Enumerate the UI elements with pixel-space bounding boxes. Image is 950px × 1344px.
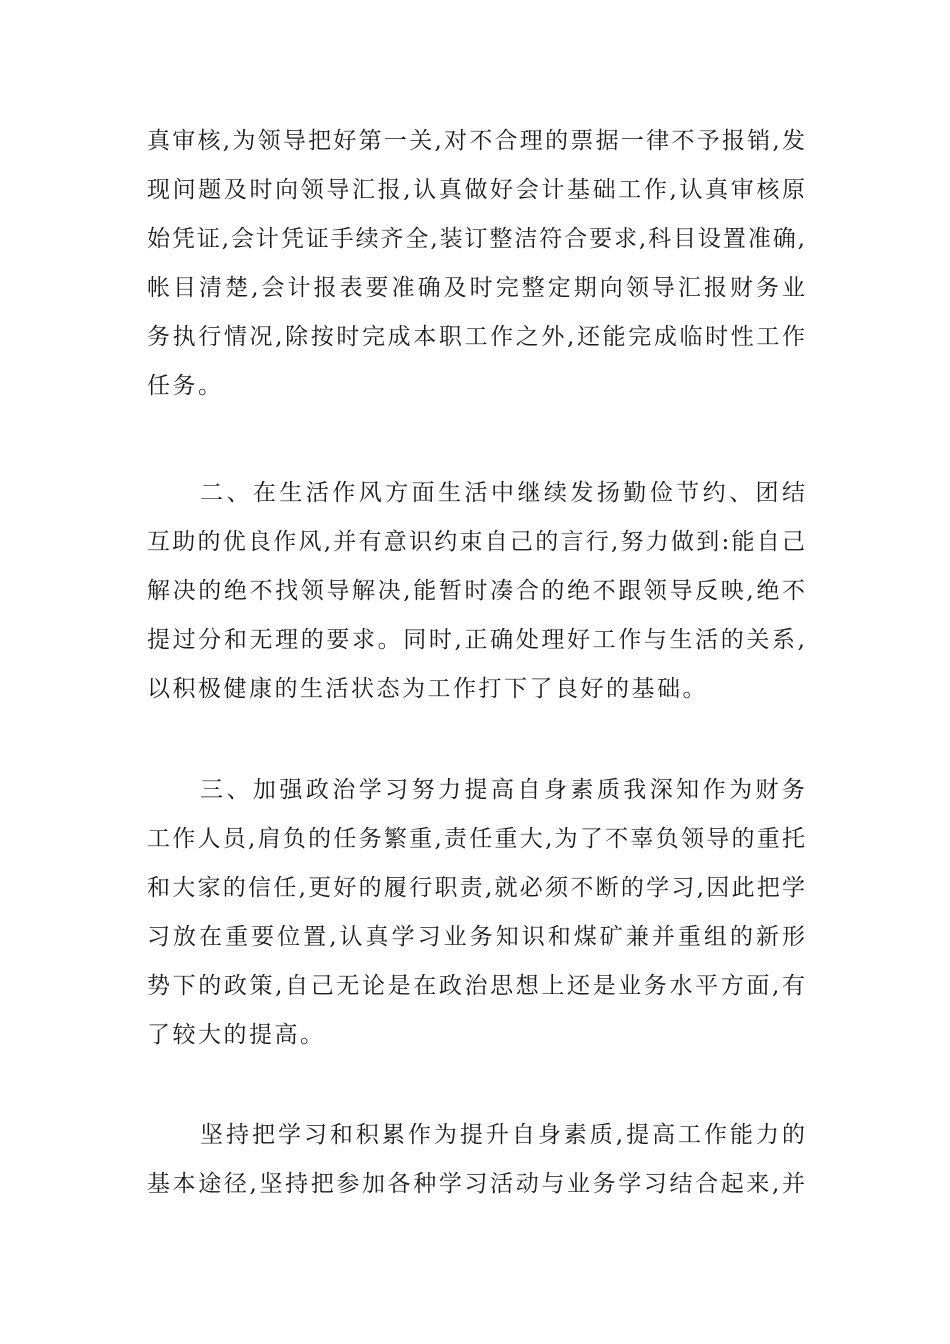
document-page: 真审核,为领导把好第一关,对不合理的票据一律不予报销,发 现问题及时向领导汇报,… (0, 0, 950, 1344)
text-line: 工作人员,肩负的任务繁重,责任重大,为了不辜负领导的重托 (147, 824, 805, 854)
text-line: 以积极健康的生活状态为工作打下了良好的基础。 (147, 674, 708, 704)
text-line: 解决的绝不找领导解决,能暂时凑合的绝不跟领导反映,绝不 (147, 576, 805, 606)
text-line: 务执行情况,除按时完成本职工作之外,还能完成临时性工作 (147, 322, 805, 352)
paragraph-first-line: 二、在生活作风方面生活中继续发扬勤俭节约、团结 (200, 478, 805, 508)
text-line: 始凭证,会计凭证手续齐全,装订整洁符合要求,科目设置准确, (147, 224, 805, 254)
text-line: 帐目清楚,会计报表要准确及时完整定期向领导汇报财务业 (147, 273, 805, 303)
text-line: 提过分和无理的要求。同时,正确处理好工作与生活的关系, (147, 625, 805, 655)
text-line: 真审核,为领导把好第一关,对不合理的票据一律不予报销,发 (147, 126, 805, 156)
paragraph-first-line: 坚持把学习和积累作为提升自身素质,提高工作能力的 (200, 1120, 805, 1150)
text-line: 互助的优良作风,并有意识约束自己的言行,努力做到:能自己 (147, 527, 805, 557)
text-line: 任务。 (147, 371, 224, 401)
text-line: 和大家的信任,更好的履行职责,就必须不断的学习,因此把学 (147, 873, 805, 903)
text-line: 习放在重要位置,认真学习业务知识和煤矿兼并重组的新形 (147, 922, 805, 952)
paragraph-first-line: 三、加强政治学习努力提高自身素质我深知作为财务 (200, 775, 805, 805)
text-line: 势下的政策,自己无论是在政治思想上还是业务水平方面,有 (147, 971, 805, 1001)
text-line: 了较大的提高。 (147, 1020, 326, 1050)
text-line: 现问题及时向领导汇报,认真做好会计基础工作,认真审核原 (147, 175, 805, 205)
text-line: 基本途径,坚持把参加各种学习活动与业务学习结合起来,并 (147, 1169, 805, 1199)
